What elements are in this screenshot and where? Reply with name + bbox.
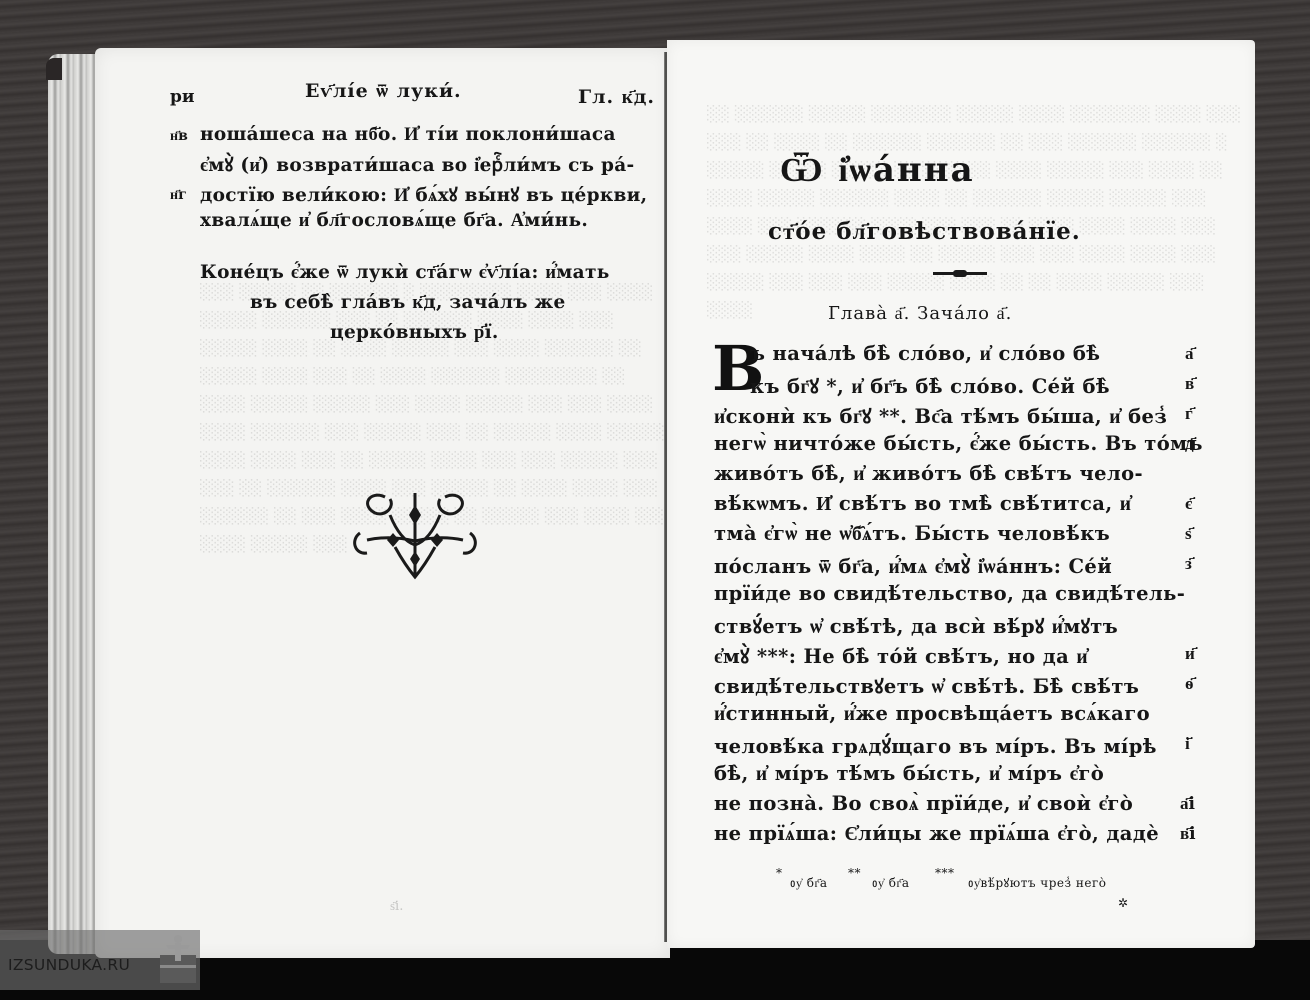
left-running-title: Еѵ҃лі́е ѿ луки́.	[305, 80, 462, 103]
colophon-line: въ себѣ̀ гла́въ к҃д, зача́лъ же	[250, 292, 566, 314]
gospel-line: и҆сконѝ къ бг҃ꙋ **. Вс҄а тѣ́мъ бы́ша, и҆…	[714, 402, 1167, 429]
verse-margin-number: ѳ҃	[1185, 674, 1194, 694]
gospel-line: человѣ́ка грѧдꙋ́щаго въ мі́ръ. Въ мі́рѣ	[714, 732, 1157, 759]
gospel-line: негѡ̀ ничто́же бы́сть, є҆́же бы́сть. Въ …	[714, 432, 1203, 456]
chapter-heading: Глава̀ а҃. Зача́ло а҃.	[828, 303, 1012, 324]
verse-margin-number: є҃	[1185, 494, 1192, 514]
verse-margin-number: г҃	[1185, 404, 1193, 424]
footnote-mark: ***	[935, 866, 955, 880]
footnote-text: ᲂу҆ бг҃а	[790, 874, 828, 891]
verse-margin-number: а҃і	[1180, 794, 1195, 814]
gospel-line: по́сланъ ѿ бг҃а, и҆́мѧ є҆мꙋ̀ і҆ѡа́ннъ: С…	[714, 552, 1112, 579]
verse-margin-number: з҃	[1185, 554, 1192, 574]
verse-margin-number: і҃	[1185, 734, 1190, 754]
divider-ornament	[933, 272, 987, 275]
colophon-line: Коне́цъ є҆́же ѿ лукѝ ст҃а́гѡ є҆ѵ҃лі́а: и…	[200, 262, 610, 284]
left-text-line: достїю вели́кою: И҆ бѧ́хꙋ вы́нꙋ въ це́рк…	[200, 182, 647, 207]
gospel-line: свидѣ́тельствꙋетъ ѡ҆ свѣ́тѣ. Бѣ̀ свѣ́тъ	[714, 672, 1139, 699]
figure-on-chest-icon	[160, 933, 196, 983]
watermark-text: IZSUNDUKA.RU	[8, 956, 130, 974]
verse-margin-number: в҃	[1185, 374, 1194, 394]
gospel-line: тма̀ є҆гѡ̀ не ѡ҆б҄ѧ́тъ. Бы́сть человѣ́къ	[714, 522, 1110, 546]
verse-margin-number: н҃в	[170, 128, 188, 145]
gospel-subtitle: ст҃о́е бл҃говѣствова́нїе.	[768, 218, 1081, 245]
verse-margin-number: в҃і	[1180, 824, 1196, 844]
left-text-line: ноша́шеса на нб҃о. И҆ тíи поклони́шаса	[200, 124, 616, 146]
drop-cap: В	[712, 340, 748, 398]
left-chapter-ref: Гл. к҃д.	[578, 86, 655, 109]
gospel-line: прїи́де во свидѣ́тельство, да свидѣ́тель…	[714, 582, 1185, 605]
footnote-mark: *	[776, 866, 783, 880]
colophon-line: церко́вныхъ р҃ї.	[330, 322, 499, 344]
left-text-line: є҆мꙋ̀ (и҆) возврати́шаса во і҆ерⷭ҇ли́мъ …	[200, 152, 634, 177]
gospel-title: Ѿ і҆ѡа́нна	[780, 150, 975, 190]
fleuron-ornament-icon	[345, 485, 485, 585]
gospel-line: ъ нача́лѣ бѣ̀ сло́во, и҆ сло́во бѣ̀	[750, 342, 1100, 366]
verse-margin-number: д҃	[1185, 434, 1194, 454]
verse-margin-number: н҃г	[170, 187, 187, 204]
gospel-line: и҆́стинный, и҆́же просвѣща́етъ всѧ́каго	[714, 702, 1150, 726]
footnote-text: ᲂу҆вѣ́рꙋютъ чрез̾ него̀	[968, 874, 1107, 891]
verse-margin-number: и҃	[1185, 644, 1195, 664]
gospel-line: є҆мꙋ̀ ***: Не бѣ̀ то́й свѣ́тъ, но да и҆	[714, 642, 1088, 669]
verse-margin-number: а҃	[1185, 344, 1194, 364]
left-text-line: хвалѧ́ще и҆ бл҃гословѧ́ще бг҃а. А҆ми́нь.	[200, 210, 588, 232]
verse-margin-number: ѕ҃	[1185, 524, 1192, 544]
gospel-line: вѣ́кѡмъ. И҆ свѣ́тъ во тмѣ̀ свѣ́титса, и҆	[714, 492, 1131, 516]
footnote-text: ᲂу҆ бг҃а	[872, 874, 910, 891]
gospel-line: ствꙋ́етъ ѡ҆ свѣ́тѣ, да всѝ вѣ́рꙋ и҆́мꙋтъ	[714, 612, 1118, 639]
gospel-line: бѣ̀, и҆ мі́ръ тѣ́мъ бы́сть, и҆ мі́ръ є҆г…	[714, 762, 1104, 786]
gospel-line: не прїѧ́ша: Є҆ли́цы же прїѧ́ша є҆го̀, да…	[714, 822, 1159, 846]
gospel-line: живо́тъ бѣ̀, и҆ живо́тъ бѣ̀ свѣ́тъ чело-	[714, 462, 1143, 486]
footer-mark: ✲	[1118, 896, 1129, 910]
footnote-mark: **	[848, 866, 861, 880]
cover-corner	[46, 58, 62, 80]
gospel-line: не позна̀. Во своѧ̀ прїи́де, и҆ своѝ є҆г…	[714, 792, 1133, 816]
gospel-line: къ бг҃ꙋ *, и҆ бг҃ъ бѣ̀ сло́во. Се́й бѣ̀	[750, 372, 1110, 399]
left-page-number: ри	[170, 87, 195, 107]
signature-mark: ѕ҃і.	[390, 898, 403, 914]
